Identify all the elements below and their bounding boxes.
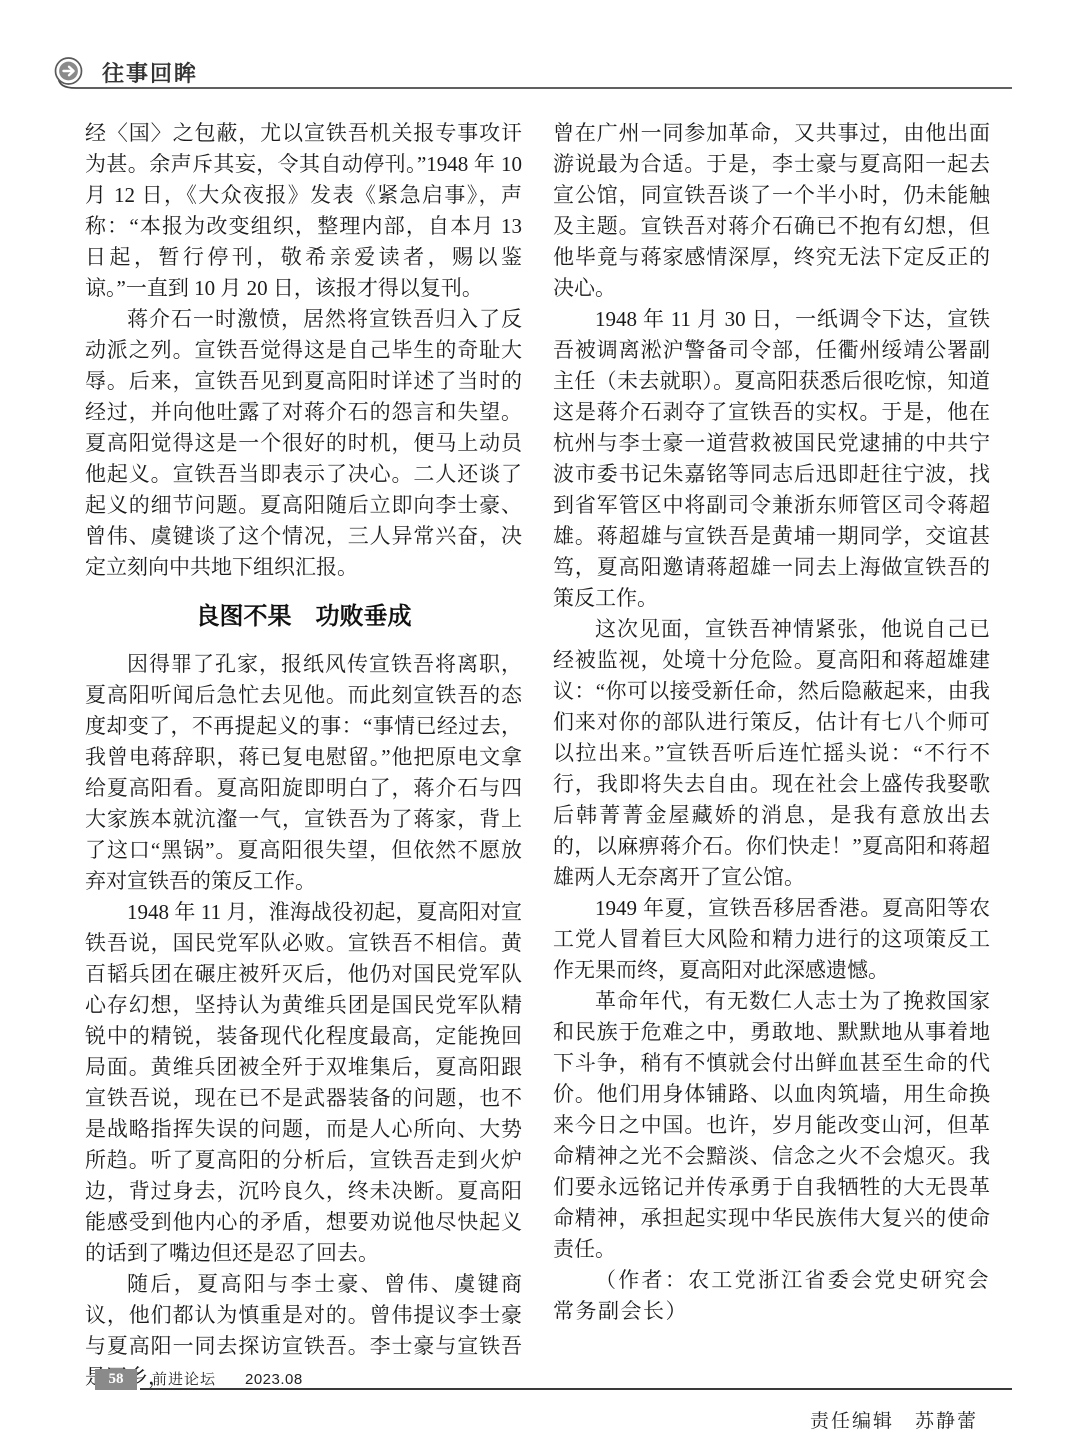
page-number-badge: 58 — [95, 1369, 137, 1390]
circle-arrow-right-icon — [56, 58, 82, 84]
issue-date: 2023.08 — [245, 1370, 303, 1390]
paragraph: 1948 年 11 月，淮海战役初起，夏高阳对宣铁吾说，国民党军队必败。宣铁吾不… — [85, 897, 522, 1269]
paragraph: 曾在广州一同参加革命，又共事过，由他出面游说最为合适。于是，李士豪与夏高阳一起去… — [553, 118, 990, 304]
paragraph: 1948 年 11 月 30 日，一纸调令下达，宣铁吾被调离淞沪警备司令部，任衢… — [553, 304, 990, 614]
journal-name: 前进论坛 — [152, 1370, 216, 1390]
paragraph: 随后，夏高阳与李士豪、曾伟、虞键商议，他们都认为慎重是对的。曾伟提议李士豪与夏高… — [85, 1269, 522, 1393]
left-column: 经〈国〉之包蔽，尤以宣铁吾机关报专事攻讦为甚。余声斥其妄，令其自动停刊。”194… — [85, 118, 522, 1393]
author-note: （作者：农工党浙江省委会党史研究会常务副会长） — [553, 1265, 990, 1327]
paragraph: 经〈国〉之包蔽，尤以宣铁吾机关报专事攻讦为甚。余声斥其妄，令其自动停刊。”194… — [85, 118, 522, 304]
section-label: 往事回眸 — [102, 57, 198, 88]
paragraph: 蒋介石一时激愤，居然将宣铁吾归入了反动派之列。宣铁吾觉得这是自己毕生的奇耻大辱。… — [85, 304, 522, 583]
paragraph: 这次见面，宣铁吾神情紧张，他说自己已经被监视，处境十分危险。夏高阳和蒋超雄建议：… — [553, 614, 990, 893]
editor-credit: 责任编辑 苏静蕾 — [553, 1406, 990, 1437]
header-underline — [58, 75, 1012, 88]
right-column: 曾在广州一同参加革命，又共事过，由他出面游说最为合适。于是，李士豪与夏高阳一起去… — [553, 118, 990, 1437]
paragraph: 1949 年夏，宣铁吾移居香港。夏高阳等农工党人冒着巨大风险和精力进行的这项策反… — [553, 893, 990, 986]
magazine-page: 往事回眸 经〈国〉之包蔽，尤以宣铁吾机关报专事攻讦为甚。余声斥其妄，令其自动停刊… — [0, 0, 1071, 1454]
paragraph: 因得罪了孔家，报纸风传宣铁吾将离职，夏高阳听闻后急忙去见他。而此刻宣铁吾的态度却… — [85, 649, 522, 897]
paragraph: 革命年代，有无数仁人志士为了挽救国家和民族于危难之中，勇敢地、默默地从事着地下斗… — [553, 986, 990, 1265]
section-heading: 良图不果 功败垂成 — [85, 597, 522, 637]
